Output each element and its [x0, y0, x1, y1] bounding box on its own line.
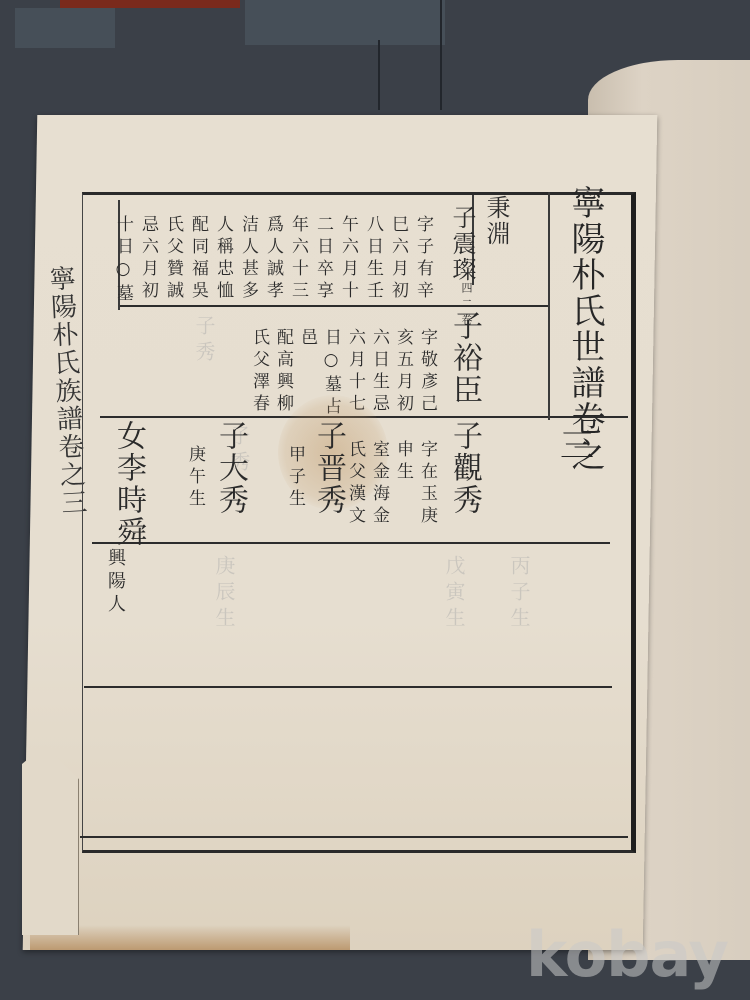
row-divider: [92, 542, 610, 544]
row-divider: [120, 305, 550, 307]
entry-name: 子晋秀: [312, 420, 344, 516]
entry-details: 庚午生: [184, 445, 206, 511]
background-crack: [440, 0, 442, 110]
background-red-strip: [60, 0, 240, 8]
entry-name: 女李時舜: [112, 420, 144, 548]
folded-corner: [22, 745, 79, 935]
background-tape: [15, 8, 115, 48]
entry-name: 子觀秀: [448, 420, 480, 516]
entry-name: 子震璨: [446, 205, 478, 283]
entry-details: 甲子生: [284, 445, 306, 511]
entry-name: 子大秀: [214, 420, 246, 516]
header-name: 秉淵: [480, 195, 512, 247]
row-divider: [80, 836, 628, 838]
title-column-rule: [548, 192, 550, 420]
entry-name: 子裕臣: [448, 310, 480, 406]
background-tape: [245, 0, 445, 45]
background-crack: [378, 40, 380, 110]
volume-number: 三: [560, 418, 594, 467]
row-divider: [84, 686, 612, 688]
watermark: kobay: [526, 918, 728, 991]
entry-details: 興陽人: [104, 548, 126, 617]
